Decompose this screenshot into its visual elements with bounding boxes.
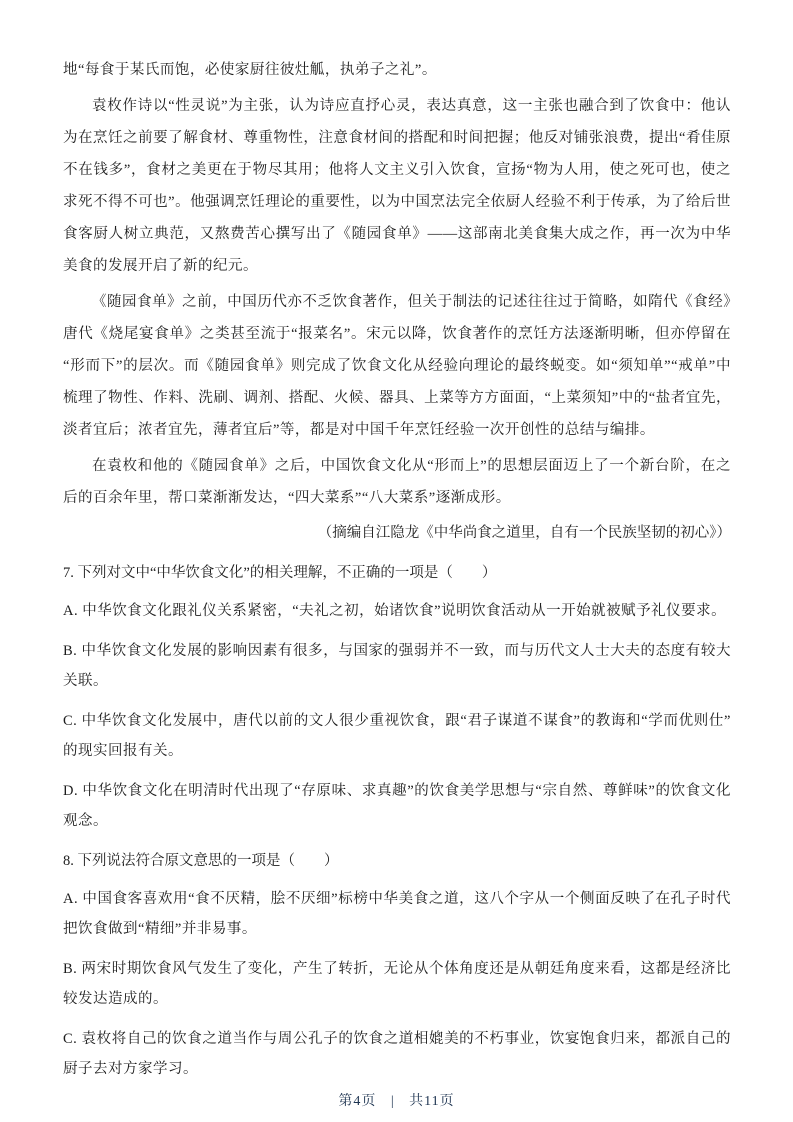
question-8-option-c: C. 袁枚将自己的饮食之道当作与周公孔子的饮食之道相媲美的不朽事业，饮宴饱食归来… (63, 1024, 731, 1084)
question-7-option-a: A. 中华饮食文化跟礼仪关系紧密，“夫礼之初，始诸饮食”说明饮食活动从一开始就被… (63, 596, 731, 626)
question-8: 8. 下列说法符合原文意思的一项是（ ） A. 中国食客喜欢用“食不厌精，脍不厌… (63, 846, 731, 1084)
question-7-option-b: B. 中华饮食文化发展的影响因素有很多，与国家的强弱并不一致，而与历代文人士大夫… (63, 636, 731, 696)
paragraph-suiyuanshidan-history: 《随园食单》之前，中国历代亦不乏饮食著作，但关于制法的记述往往过于简略，如隋代《… (63, 286, 731, 446)
document-body: 地“每食于某氏而饱，必使家厨往彼灶觚，执弟子之礼”。 袁枚作诗以“性灵说”为主张… (63, 54, 731, 1084)
question-7-stem: 7. 下列对文中“中华饮食文化”的相关理解，不正确的一项是（ ） (63, 558, 731, 588)
footer-separator: | (391, 1094, 395, 1109)
exam-page: 地“每食于某氏而饱，必使家厨往彼灶觚，执弟子之礼”。 袁枚作诗以“性灵说”为主张… (0, 0, 793, 1122)
question-7-option-c: C. 中华饮食文化发展中，唐代以前的文人很少重视饮食，跟“君子谋道不谋食”的教诲… (63, 706, 731, 766)
question-7: 7. 下列对文中“中华饮食文化”的相关理解，不正确的一项是（ ） A. 中华饮食… (63, 558, 731, 836)
paragraph-caixi-formation: 在袁枚和他的《随园食单》之后，中国饮食文化从“形而上”的思想层面迈上了一个新台阶… (63, 450, 731, 514)
footer-page-total: 共11页 (409, 1094, 454, 1109)
paragraph-continuation: 地“每食于某氏而饱，必使家厨往彼灶觚，执弟子之礼”。 (63, 54, 731, 86)
page-footer: 第4页 | 共11页 (0, 1090, 793, 1110)
question-8-option-a: A. 中国食客喜欢用“食不厌精，脍不厌细”标榜中华美食之道，这八个字从一个侧面反… (63, 884, 731, 944)
question-8-option-b: B. 两宋时期饮食风气发生了变化，产生了转折，无论从个体角度还是从朝廷角度来看，… (63, 954, 731, 1014)
paragraph-yuanmei-xinglingshuo: 袁枚作诗以“性灵说”为主张，认为诗应直抒心灵，表达真意，这一主张也融合到了饮食中… (63, 90, 731, 282)
question-8-stem: 8. 下列说法符合原文意思的一项是（ ） (63, 846, 731, 876)
footer-page-number: 第4页 (338, 1094, 376, 1109)
question-7-option-d: D. 中华饮食文化在明清时代出现了“存原味、求真趣”的饮食美学思想与“宗自然、尊… (63, 776, 731, 836)
source-attribution: （摘编自江隐龙《中华尚食之道里，自有一个民族坚韧的初心》） (63, 518, 731, 548)
